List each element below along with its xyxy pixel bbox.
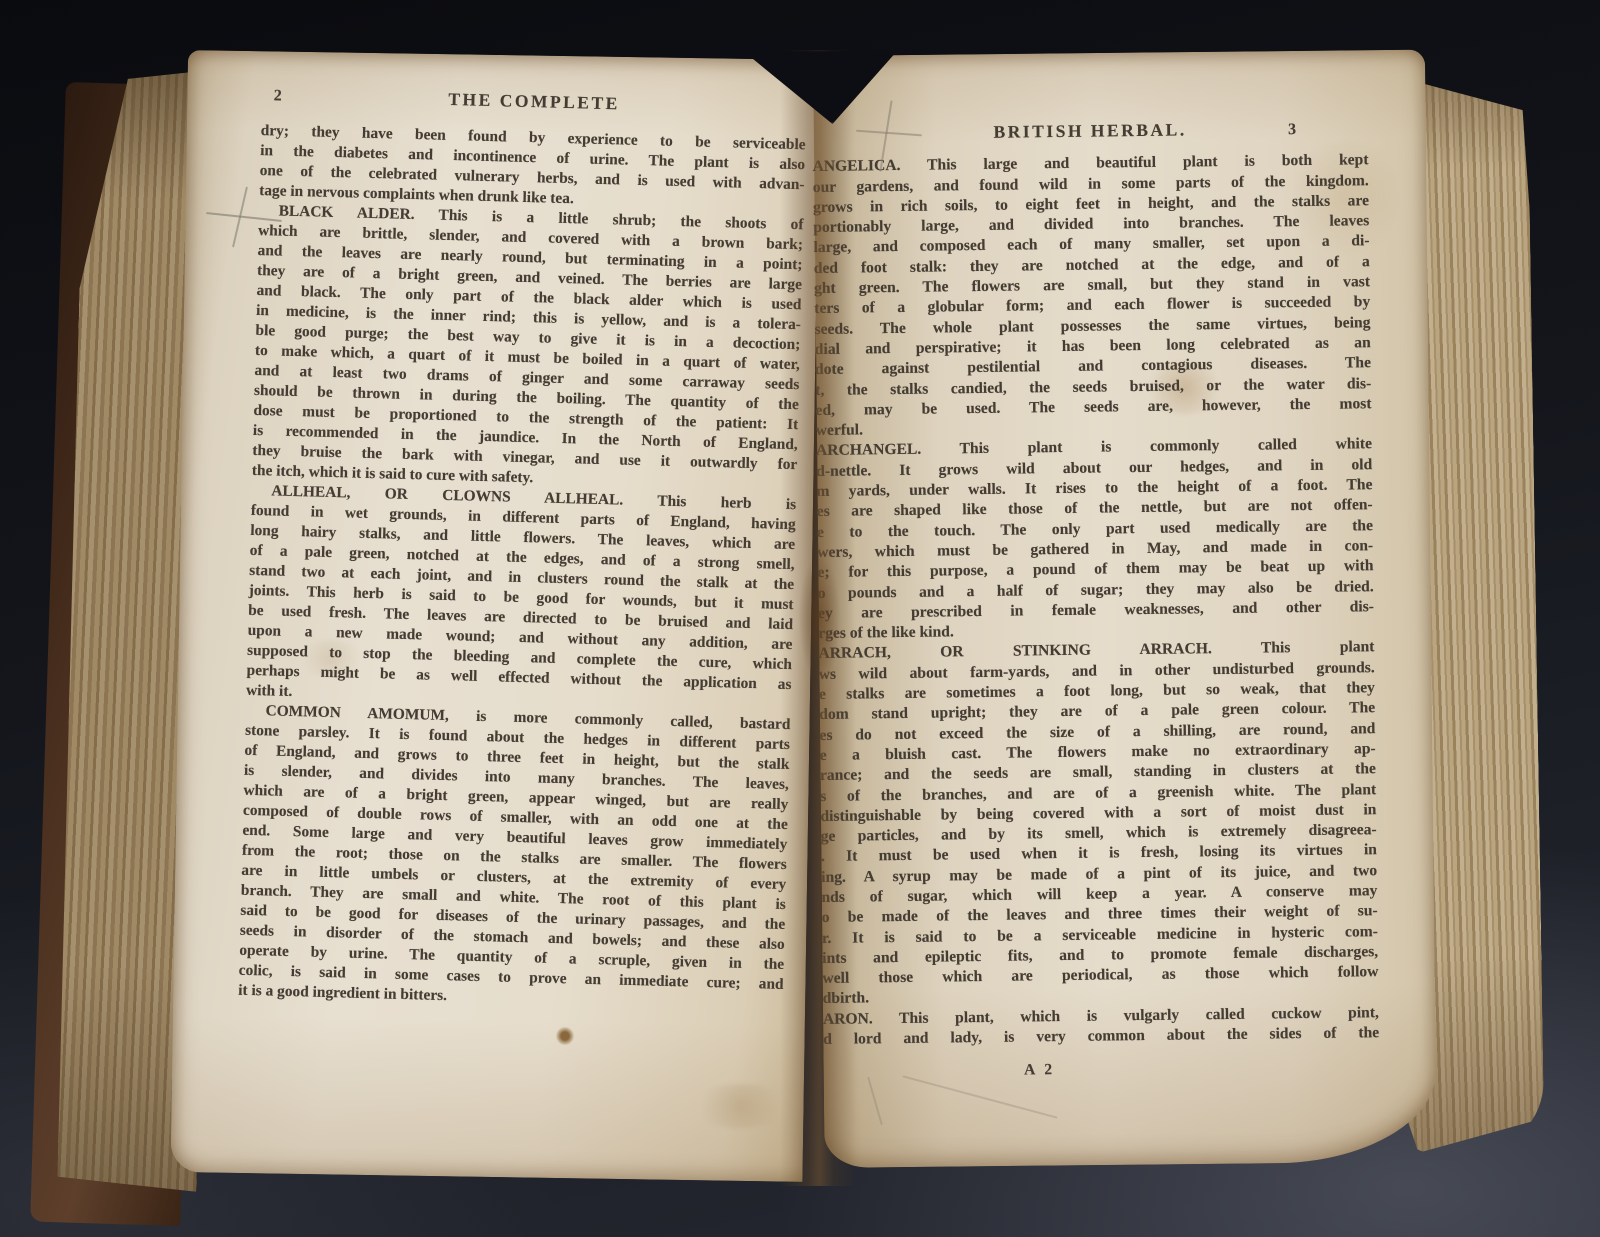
right-page-text: 3 BRITISH HERBAL. 3 ANGELICA. This large… <box>812 117 1380 1083</box>
right-header-title: BRITISH HERBAL. <box>892 118 1288 143</box>
photo-background: 2 THE COMPLETE 2 dry; they have been fou… <box>0 0 1600 1237</box>
right-page-number: 3 <box>1288 120 1296 140</box>
right-text-block: ANGELICA. This large and beautiful plant… <box>812 151 1379 1051</box>
left-text-block: dry; they have been found by experience … <box>238 121 806 1015</box>
left-page-text: 2 THE COMPLETE 2 dry; they have been fou… <box>238 84 807 1015</box>
